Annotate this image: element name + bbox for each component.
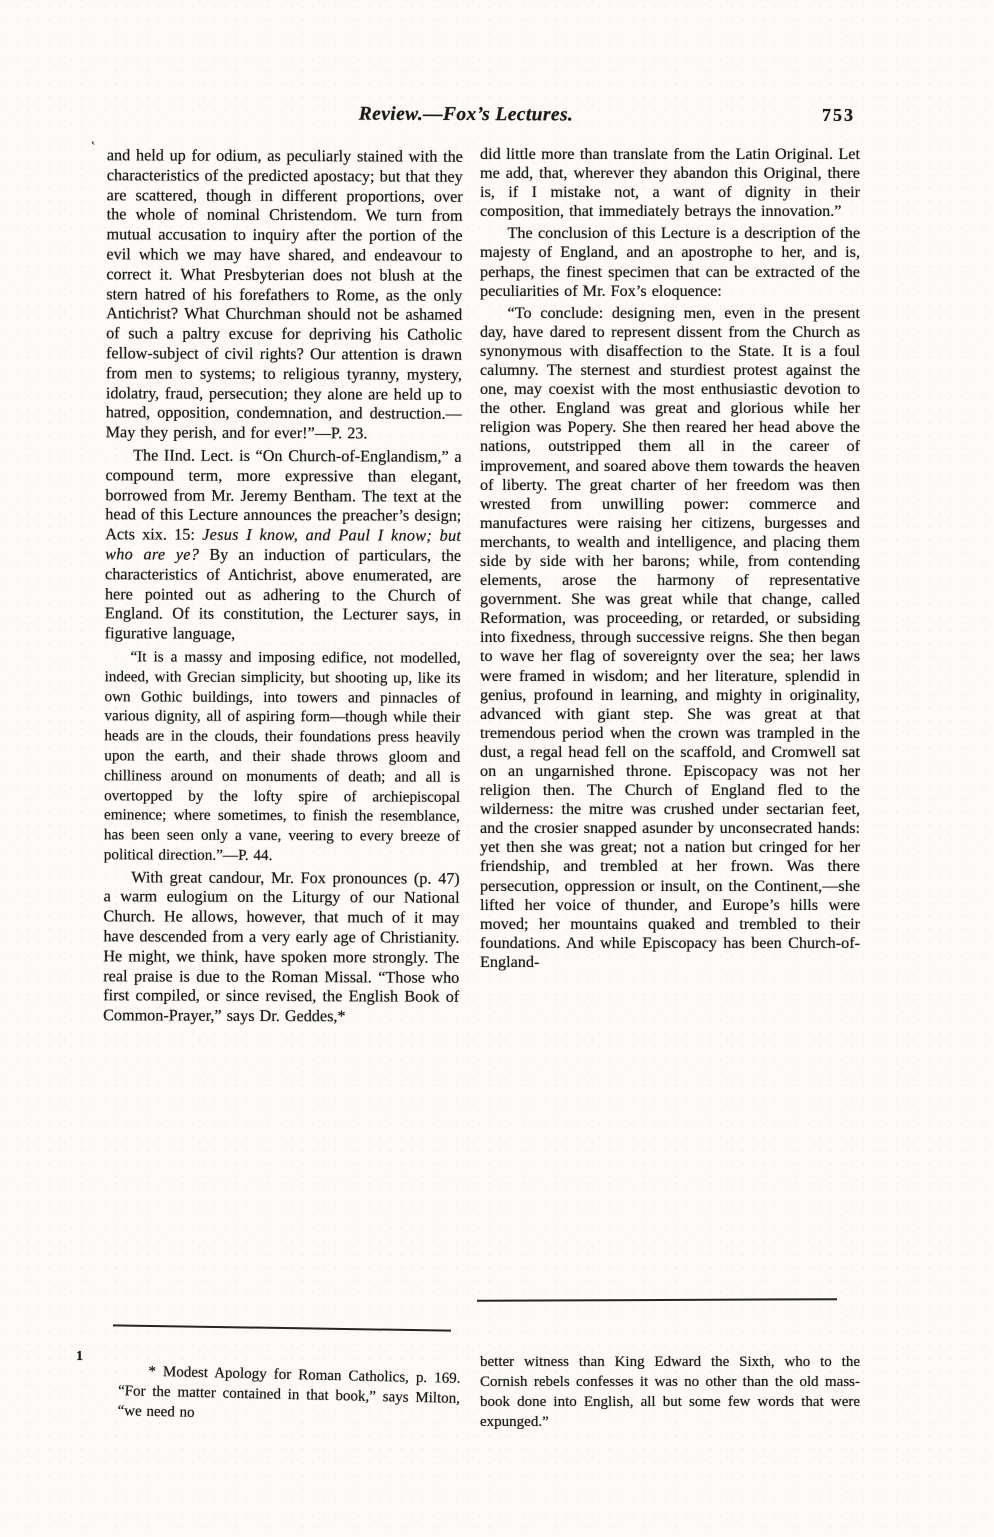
page-number: 753	[822, 105, 855, 126]
footnote-left: * Modest Apology for Roman Catholics, p.…	[117, 1361, 460, 1429]
latin-original-paragraph: did little more than translate from the …	[480, 145, 860, 221]
second-lecture-paragraph: The IInd. Lect. is “On Church-of-England…	[105, 446, 462, 646]
scanned-document-page: ‛ Review.—Fox’s Lectures. 753 and held u…	[0, 0, 994, 1537]
edifice-block-quote: “It is a massy and imposing edifice, not…	[104, 647, 461, 866]
to-conclude-block-quote: “To conclude: designing men, even in the…	[480, 304, 860, 972]
signature-mark: 1	[76, 1349, 83, 1365]
scan-stray-mark: ‛	[89, 138, 99, 155]
right-column: did little more than translate from the …	[480, 145, 860, 972]
conclusion-paragraph: The conclusion of this Lecture is a desc…	[480, 224, 860, 300]
footnote-right-continuation: better witness than King Edward the Sixt…	[480, 1352, 860, 1432]
continuation-paragraph: and held up for odium, as peculiarly sta…	[106, 146, 463, 445]
footnote-rule-right	[477, 1298, 837, 1302]
footnote-rule-left	[113, 1324, 451, 1331]
running-head-title: Review.—Fox’s Lectures.	[91, 103, 841, 128]
running-head: Review.—Fox’s Lectures. 753	[105, 104, 855, 134]
left-column: and held up for odium, as peculiarly sta…	[103, 146, 463, 1028]
candour-paragraph: With great candour, Mr. Fox pronounces (…	[103, 868, 460, 1028]
